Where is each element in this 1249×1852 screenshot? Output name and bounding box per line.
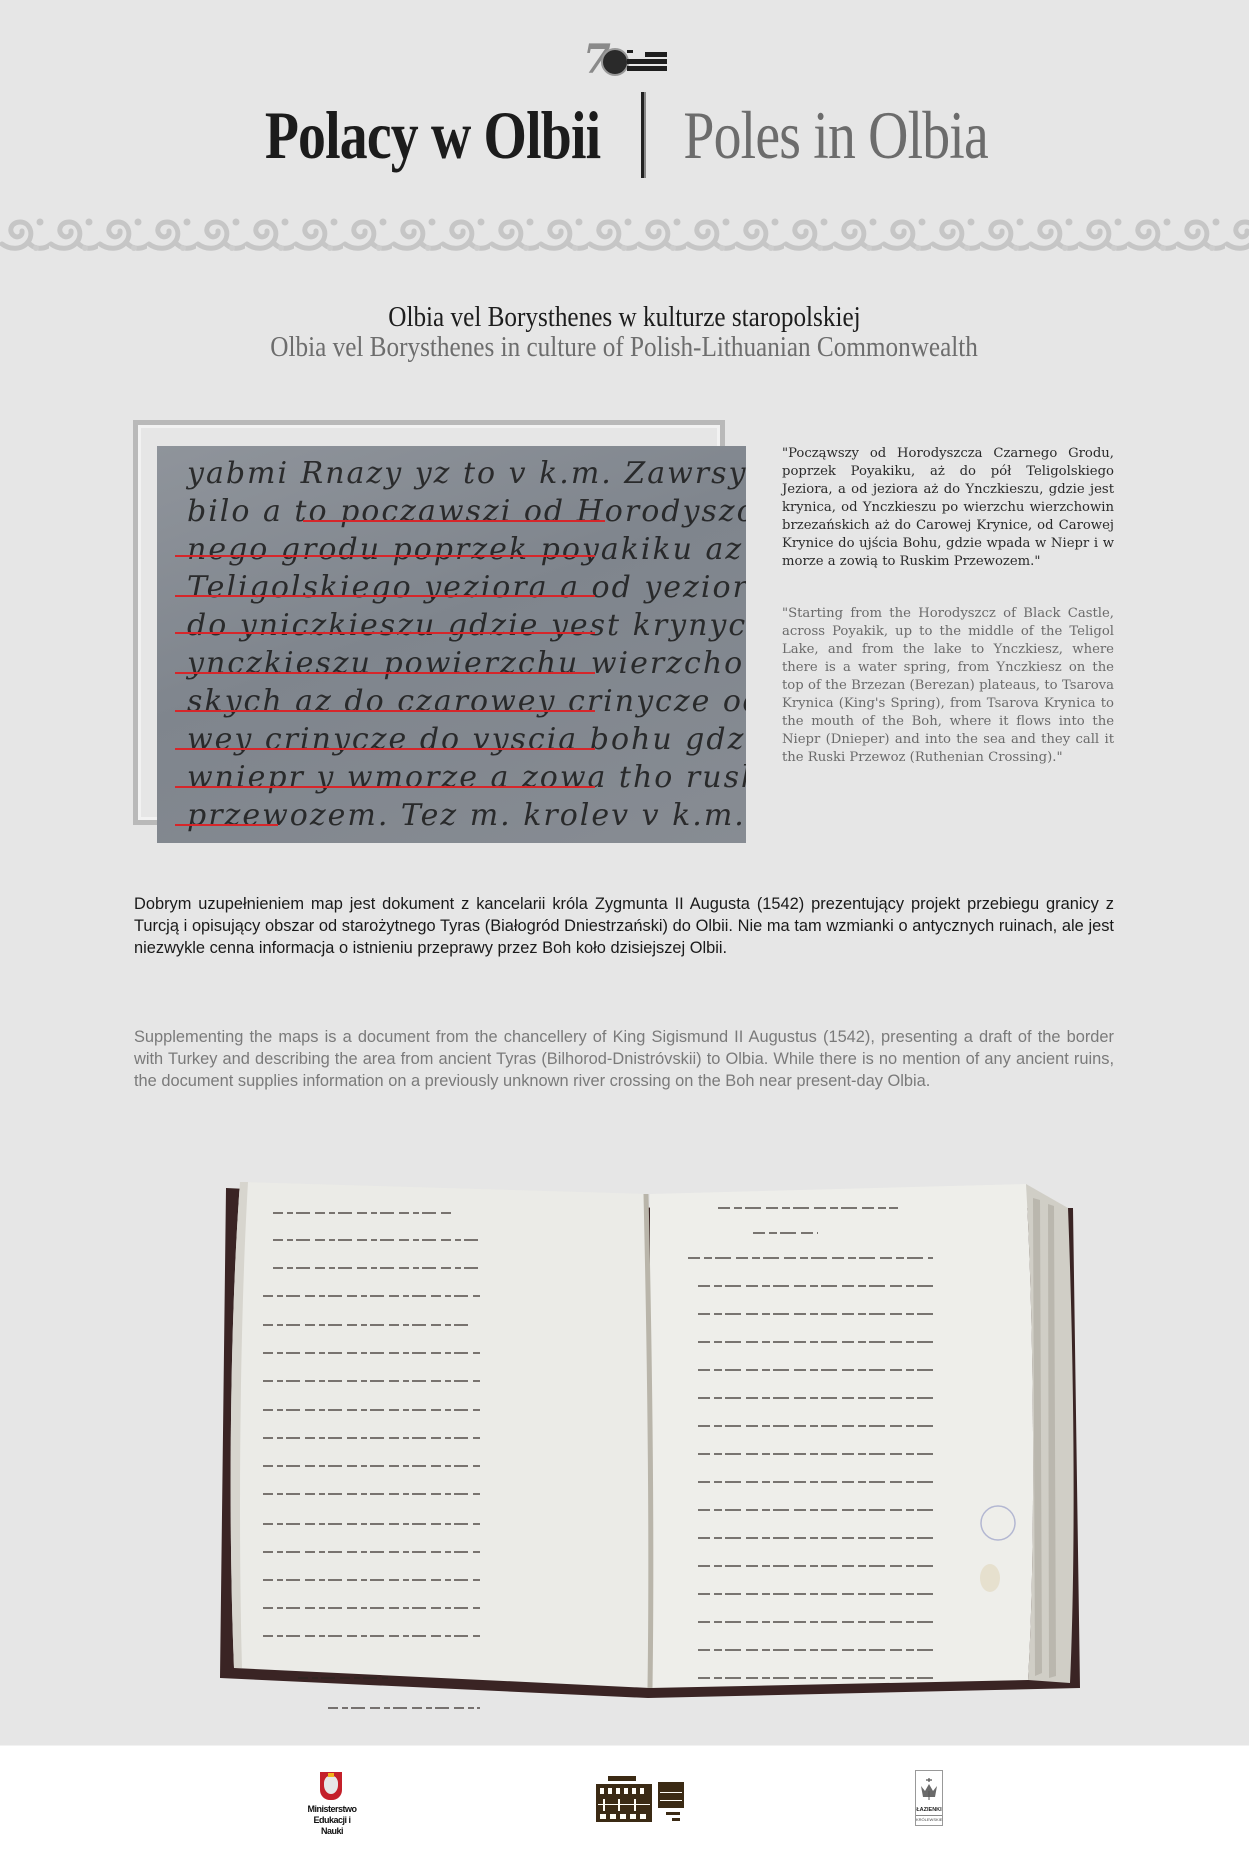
quote-english: "Starting from the Horodyszcz of Black C… (782, 605, 1114, 767)
red-underline (175, 632, 595, 634)
eagle-icon (324, 1776, 338, 1794)
manuscript-line: nego grodu poprzek poyakiku az do pol (187, 532, 746, 567)
red-underline (303, 520, 605, 522)
paragraph-english: Supplementing the maps is a document fro… (134, 1026, 1114, 1092)
manuscript-line: do yniczkieszu gdzie yest krynycza od (187, 608, 746, 643)
ministry-of-education-logo: Ministerstwo Edukacji i Nauki (302, 1772, 362, 1838)
open-manuscript-book-photo (218, 1168, 1080, 1713)
manuscript-line: ynczkieszu powierzchu wierzchowin brzeza… (187, 646, 746, 681)
logo-bar (627, 59, 667, 64)
logo-bar (627, 50, 633, 53)
logo-circle-emblem (601, 48, 629, 76)
crown-icon (328, 1773, 334, 1777)
quote-polish: "Począwszy od Horodyszcza Czarnego Grodu… (782, 445, 1114, 571)
manuscript-line: Teligolskiego yeziora a od yeziora az (187, 570, 746, 605)
red-underline (175, 824, 278, 826)
title-polish: Polacy w Olbii (265, 96, 600, 175)
manuscript-line: bilo a to poczawszi od Horodyszcza czar (187, 494, 746, 529)
manuscript-line: skych az do czarowey crinycze od czaro (187, 684, 746, 719)
crown-icon (920, 1777, 938, 1801)
red-underline (175, 595, 595, 597)
section-subtitle: Olbia vel Borysthenes w kulturze staropo… (0, 303, 1249, 363)
subtitle-english: Olbia vel Borysthenes in culture of Poli… (271, 333, 979, 363)
logo-bar (627, 66, 667, 71)
manuscript-line: wey crinycze do vyscia bohu gdzie wpada (187, 722, 746, 757)
subtitle-polish: Olbia vel Borysthenes w kulturze staropo… (388, 303, 860, 333)
manuscript-line: wniepr y wmorze a zowa tho ruskym (187, 760, 746, 795)
title-english: Poles in Olbia (683, 96, 987, 175)
paragraph-polish: Dobrym uzupełnieniem map jest dokument z… (134, 893, 1114, 959)
manuscript-detail-image: yabmi Rnazy yz to v k.m. Zawrsye bilo a … (157, 446, 746, 843)
manuscript-line: yabmi Rnazy yz to v k.m. Zawrsye (187, 456, 746, 491)
lazienki-krolewskie-logo: ŁAZIENKI KRÓLEWSKIE (915, 1770, 943, 1826)
ministry-label: Ministerstwo Edukacji i Nauki (302, 1804, 362, 1837)
title-separator (641, 92, 646, 178)
red-underline (175, 710, 595, 712)
logo-bar (645, 52, 667, 57)
red-underline (175, 748, 595, 750)
anniversary-70-logo: 7 (583, 44, 673, 78)
red-underline (175, 672, 595, 674)
red-underline (175, 786, 595, 788)
museum-building-logo (594, 1774, 686, 1824)
manuscript-line: przewozem. Tez m. krolev v k.m. olyami (187, 798, 746, 833)
greek-wave-ornament (0, 214, 1249, 254)
page-title: Polacy w Olbii Poles in Olbia (0, 92, 1249, 178)
red-underline (175, 555, 595, 557)
